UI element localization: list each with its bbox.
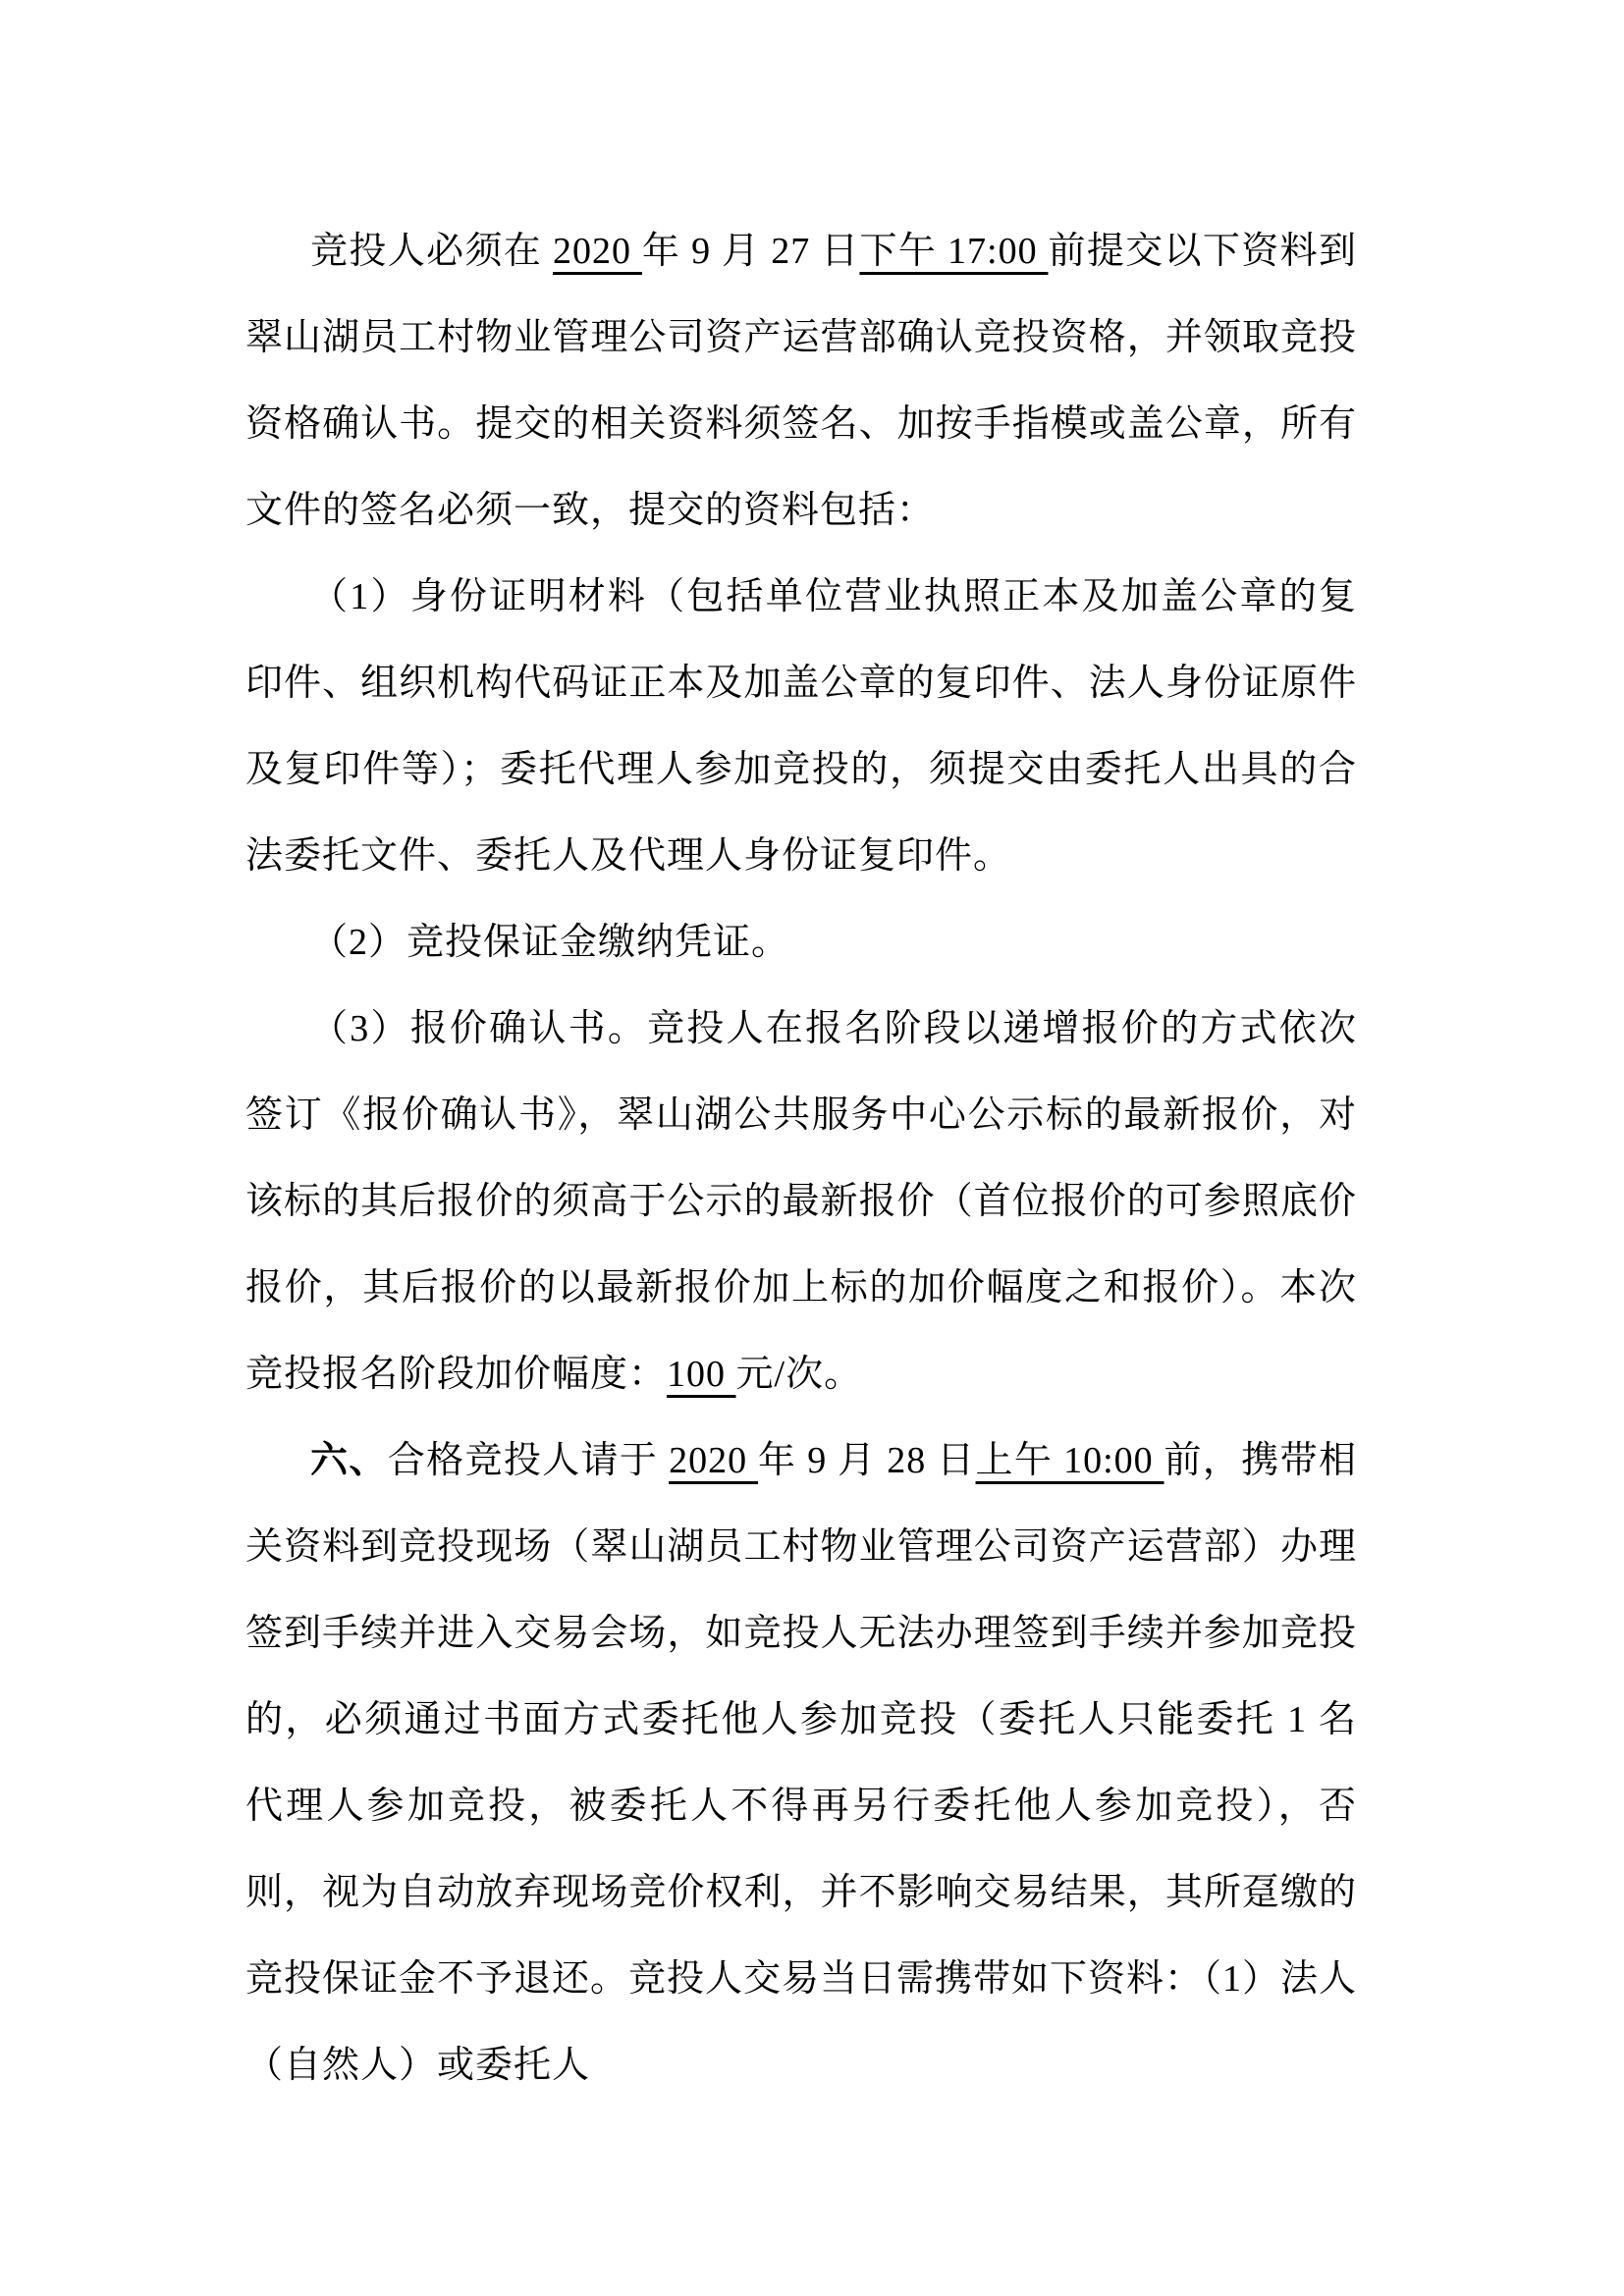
para-item-3-quotation-confirmation: （3）报价确认书。竞投人在报名阶段以递增报价的方式依次签订《报价确认书》，翠山湖…	[245, 986, 1357, 1417]
text-segment: 年 9 月 28 日	[758, 1440, 976, 1481]
text-segment: 竞投人必须在	[310, 231, 553, 272]
para-item-2-deposit-receipt: （2）竞投保证金缴纳凭证。	[245, 899, 1357, 986]
text-segment: 前提交以下资料到翠山湖员工村物业管理公司资产运营部确认竞投资格，并领取竞投资格确…	[245, 231, 1357, 531]
document-page: 竞投人必须在 2020 年 9 月 27 日下午 17:00 前提交以下资料到翠…	[0, 0, 1624, 2296]
document-body: 竞投人必须在 2020 年 9 月 27 日下午 17:00 前提交以下资料到翠…	[245, 208, 1357, 2109]
text-segment: 100	[667, 1354, 736, 1395]
text-segment: （1）身份证明材料（包括单位营业执照正本及加盖公章的复印件、组织机构代码证正本及…	[245, 576, 1357, 877]
text-segment: 2020	[669, 1440, 758, 1481]
text-segment: 上午 10:00	[976, 1440, 1164, 1481]
text-segment: 合格竞投人请于	[388, 1440, 669, 1481]
para-item-1-identity-materials: （1）身份证明材料（包括单位营业执照正本及加盖公章的复印件、组织机构代码证正本及…	[245, 554, 1357, 899]
text-segment: 六、	[310, 1440, 388, 1481]
text-segment: 下午 17:00	[859, 231, 1048, 272]
text-segment: 年 9 月 27 日	[642, 231, 860, 272]
para-submission-deadline: 竞投人必须在 2020 年 9 月 27 日下午 17:00 前提交以下资料到翠…	[245, 208, 1357, 554]
text-segment: 元/次。	[736, 1354, 863, 1395]
text-segment: 2020	[553, 231, 642, 272]
text-segment: 前，携带相关资料到竞投现场（翠山湖员工村物业管理公司资产运营部）办理签到手续并进…	[245, 1440, 1357, 2086]
para-section-six-check-in: 六、合格竞投人请于 2020 年 9 月 28 日上午 10:00 前，携带相关…	[245, 1417, 1357, 2109]
text-segment: （3）报价确认书。竞投人在报名阶段以递增报价的方式依次签订《报价确认书》，翠山湖…	[245, 1008, 1357, 1395]
text-segment: （2）竞投保证金缴纳凭证。	[310, 922, 789, 963]
